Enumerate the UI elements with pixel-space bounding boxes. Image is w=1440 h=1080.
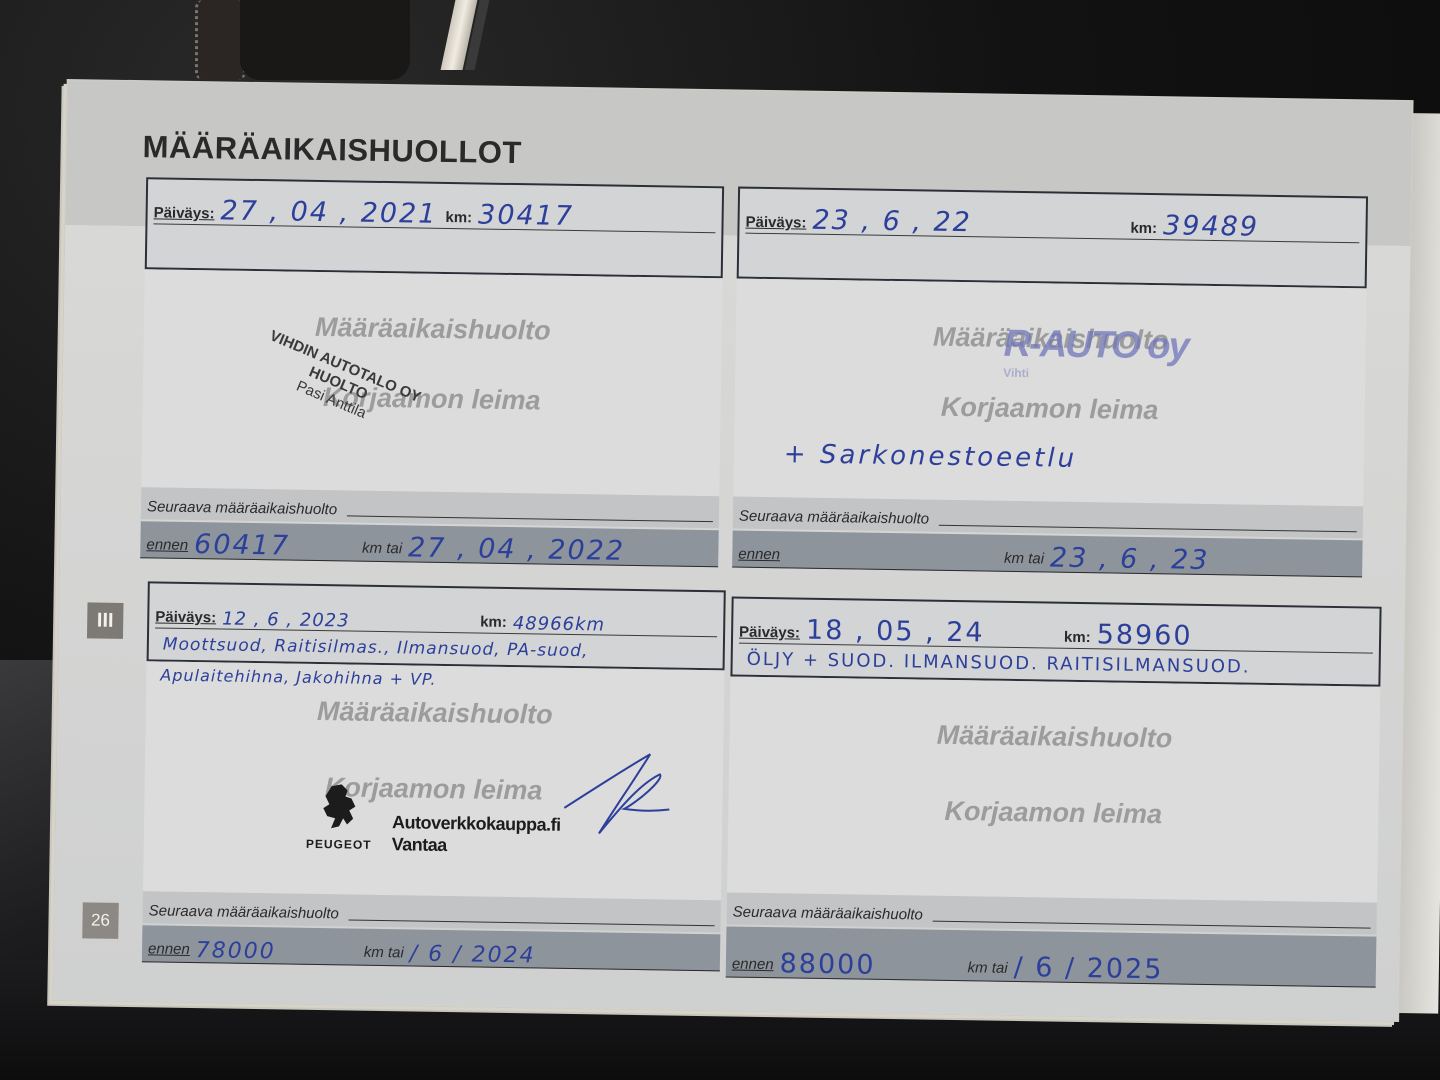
- page-number: 26: [82, 902, 119, 939]
- km-label: km:: [480, 614, 507, 633]
- next-km: 88000: [773, 950, 967, 980]
- km-label: km:: [1064, 629, 1091, 648]
- next-service-label: Seuraava määräaikaishuolto: [733, 904, 923, 928]
- stamp-area: Määräaikaishuolto Korjaamon leima PEUGEO…: [143, 661, 725, 900]
- next-date: 23 , 6 , 23: [1044, 544, 1218, 574]
- km-or-label: km tai: [362, 540, 402, 562]
- next-service-label: Seuraava määräaikaishuolto: [148, 902, 338, 926]
- next-km: 78000: [190, 940, 364, 965]
- watermark-stamp: Korjaamon leima: [728, 792, 1378, 833]
- service-entry-1: Päiväys: 27 , 04 , 2021 km: 30417 Määräa…: [140, 177, 724, 574]
- signature: [554, 748, 675, 840]
- date-label: Päiväys:: [745, 214, 806, 234]
- next-km: [780, 567, 1004, 571]
- service-km: 39489: [1157, 212, 1267, 241]
- next-date: / 6 / 2025: [1007, 954, 1171, 984]
- date-label: Päiväys:: [155, 608, 216, 628]
- next-date: / 6 / 2024: [404, 943, 544, 967]
- service-entry-4: Päiväys: 18 , 05 , 24 km: 58960 ÖLJY + S…: [726, 596, 1382, 994]
- km-or-label: km tai: [967, 959, 1007, 981]
- service-booklet: MÄÄRÄAIKAISHUOLLOT III 26 Päiväys: 27 , …: [53, 62, 1440, 1043]
- next-date: 27 , 04 , 2022: [402, 534, 633, 565]
- service-km: 58960: [1090, 621, 1200, 650]
- service-date: 27 , 04 , 2021: [214, 197, 445, 228]
- service-date: 18 , 05 , 24: [800, 617, 1064, 648]
- dealer-stamp: Autoverkkokauppa.fi Vantaa: [392, 811, 561, 858]
- stamp-area: Määräaikaishuolto Korjaamon leima: [727, 676, 1381, 916]
- watermark-service: Määräaikaishuolto: [146, 693, 724, 733]
- next-service: Seuraava määräaikaishuolto ennen km tai …: [732, 497, 1363, 585]
- stamp-subtext: Vihti: [1003, 366, 1187, 383]
- next-service-label: Seuraava määräaikaishuolto: [147, 498, 337, 522]
- service-date: 12 , 6 , 2023: [216, 610, 480, 632]
- watermark-service: Määräaikaishuolto: [144, 309, 722, 349]
- section-tab: III: [87, 602, 124, 639]
- service-entry-2: Päiväys: 23 , 6 , 22 km: 39489 Määräaika…: [732, 187, 1368, 585]
- watermark-stamp: Korjaamon leima: [734, 389, 1364, 430]
- handwritten-note: + Sarkonestoeetlu: [784, 439, 1078, 474]
- service-notes: ÖLJY + SUOD. ILMANSUOD. RAITISILMANSUOD.: [741, 651, 1259, 677]
- dealer-city: Vantaa: [392, 833, 561, 858]
- service-header: Päiväys: 12 , 6 , 2023 km: 48966km Moott…: [147, 581, 726, 670]
- km-or-label: km tai: [1004, 550, 1044, 572]
- booklet-page: MÄÄRÄAIKAISHUOLLOT III 26 Päiväys: 27 , …: [53, 80, 1412, 1021]
- date-label: Päiväys:: [153, 204, 214, 224]
- service-date: 23 , 6 , 22: [806, 207, 1130, 239]
- before-label: ennen: [148, 940, 190, 962]
- km-label: km:: [1130, 220, 1157, 239]
- stamp-area: Määräaikaishuolto Korjaamon leima VIHDIN…: [141, 269, 722, 496]
- stamp-logo-text: R-AUTO oy: [1003, 323, 1188, 368]
- km-label: km:: [445, 209, 472, 228]
- page-title: MÄÄRÄAIKAISHUOLLOT: [142, 129, 522, 171]
- watermark-stamp: Korjaamon leima: [143, 379, 721, 419]
- before-label: ennen: [732, 956, 774, 978]
- next-service-label: Seuraava määräaikaishuolto: [739, 508, 929, 532]
- next-service: Seuraava määräaikaishuolto ennen 88000 k…: [726, 892, 1377, 994]
- before-label: ennen: [738, 546, 780, 568]
- dealer-name: Autoverkkokauppa.fi: [392, 811, 561, 836]
- brand-name: PEUGEOT: [294, 837, 384, 852]
- next-km: 60417: [188, 531, 362, 561]
- service-notes: Moottsuod, Raitisilmas., Ilmansuod, PA-s…: [157, 636, 597, 660]
- stamp-area: Määräaikaishuolto Korjaamon leima R-AUTO…: [733, 279, 1366, 507]
- next-service: Seuraava määräaikaishuolto ennen 78000 k…: [142, 891, 721, 978]
- service-header: Päiväys: 18 , 05 , 24 km: 58960 ÖLJY + S…: [730, 596, 1381, 686]
- service-entry-3: Päiväys: 12 , 6 , 2023 km: 48966km Moott…: [142, 581, 726, 978]
- before-label: ennen: [146, 536, 188, 558]
- km-or-label: km tai: [364, 944, 404, 966]
- next-service: Seuraava määräaikaishuolto ennen 60417 k…: [140, 487, 719, 574]
- workshop-stamp: R-AUTO oy Vihti: [1003, 323, 1188, 383]
- peugeot-logo: PEUGEOT: [294, 782, 385, 852]
- peugeot-lion-icon: [317, 782, 362, 833]
- service-km: 30417: [472, 201, 582, 230]
- watermark-service: Määräaikaishuolto: [729, 716, 1379, 757]
- service-header: Päiväys: 27 , 04 , 2021 km: 30417: [145, 177, 724, 278]
- service-km: 48966km: [507, 615, 613, 635]
- date-label: Päiväys:: [739, 624, 800, 644]
- service-header: Päiväys: 23 , 6 , 22 km: 39489: [737, 187, 1368, 289]
